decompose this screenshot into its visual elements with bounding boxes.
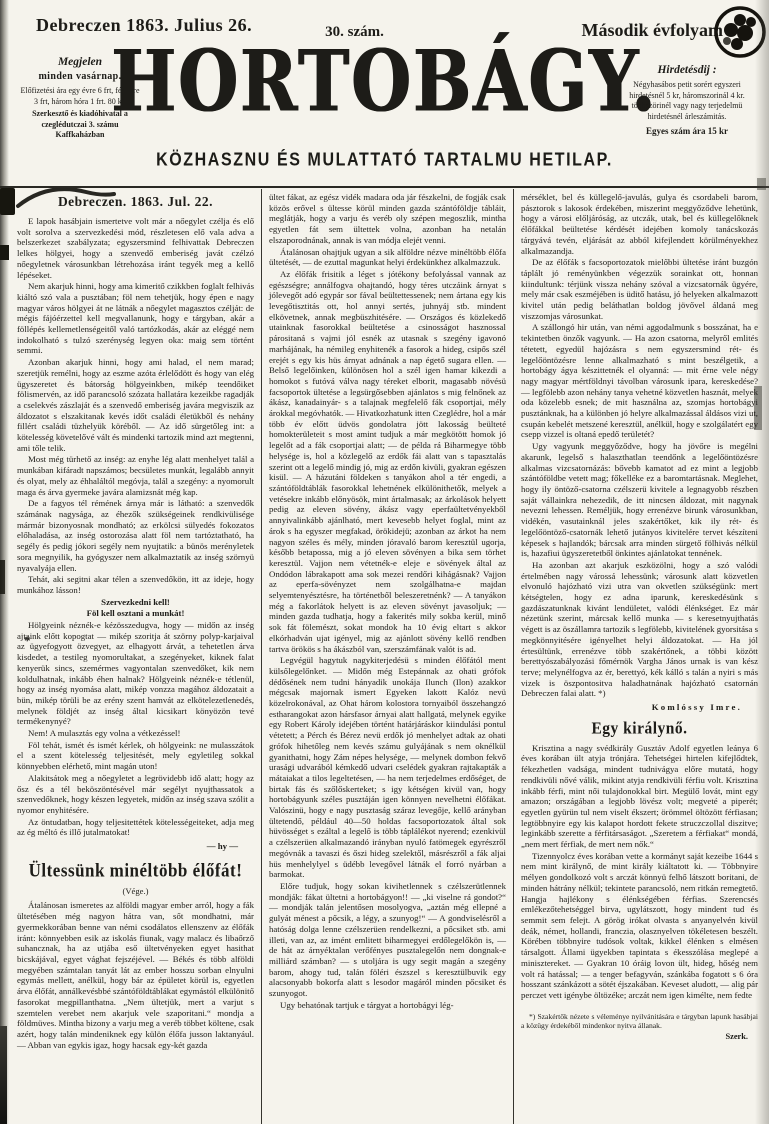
newspaper-subtitle: KÖZHASZNU ÉS MULATTATÓ TARTALMU HETILAP. <box>0 150 769 171</box>
paragraph: Krisztina a nagy svédkirály Gusztáv Adol… <box>521 743 758 850</box>
paragraph: Hölgyeink néznék-e kézösszedugva, hogy —… <box>17 620 254 727</box>
article-columns: Debreczen. 1863. Jul. 22. E lapok hasábj… <box>10 189 765 1124</box>
paragraph: Azonban akarjuk hinni, hogy ami halad, e… <box>17 357 254 453</box>
advertising-rates: Négyhasábos petit sorért egyszeri hirdet… <box>621 80 753 122</box>
newspaper-page: * Debreczen 1863. Julius 26. 30. szám. M… <box>0 0 769 1124</box>
scan-artifact <box>0 245 9 260</box>
paragraph: Ugy behatónak tartjuk e tárgyat a hortob… <box>269 1000 506 1011</box>
slogan-line: Föl kell osztani a munkát! <box>17 608 254 619</box>
article-title: Egy királynő. <box>521 719 758 739</box>
scan-artifact <box>0 1026 7 1124</box>
paragraph: Ugy vagyunk meggyőződve, hogy ha jövőre … <box>521 441 758 559</box>
paragraph: Tizennyolcz éves korában vette a kormány… <box>521 851 758 1001</box>
header-divider <box>0 186 769 188</box>
paragraph: Az öntudatban, hogy teljesitettétek köte… <box>17 817 254 838</box>
paragraph: Ha azonban azt akarjuk eszközölni, hogy … <box>521 560 758 699</box>
footnote-signature: Szerk. <box>521 1032 758 1041</box>
advertising-notice-title: Hirdetésdij : <box>621 64 753 76</box>
paragraph: Nem akarjuk hinni, hogy ama kimeritő czi… <box>17 281 254 356</box>
paragraph: Átalánosan ohajtjuk ugyan a sik alföldre… <box>269 247 506 268</box>
paragraph: De a fagyos tél rémének árnya már is lát… <box>17 498 254 573</box>
article-title: Ültessünk minéltöbb élőfát! <box>17 860 254 882</box>
paragraph: Átalánosan ismeretes az alföldi magyar e… <box>17 900 254 1050</box>
paragraph: Előre tudjuk, hogy sokan kivihetlennek s… <box>269 881 506 999</box>
footnote: *) Szakértők nézete s véleménye nyilváni… <box>521 1012 758 1042</box>
continuation-note: (Vége.) <box>17 886 254 897</box>
column-1: Debreczen. 1863. Jul. 22. E lapok hasábj… <box>10 189 261 1124</box>
paragraph: A szállongó hir után, van némi aggodalmu… <box>521 322 758 440</box>
paragraph: Föl tehát, ismét és ismét kérlek, oh höl… <box>17 740 254 772</box>
slogan-line: Szervezkedni kell! <box>17 597 254 608</box>
paragraph: Alakitsátok meg a nőegyletet a legrövide… <box>17 773 254 816</box>
article-dateline: Debreczen. 1863. Jul. 22. <box>17 194 254 210</box>
paragraph: mérséklet, bel és küllegelő-javulás, gul… <box>521 192 758 256</box>
scan-artifact <box>0 560 5 594</box>
paragraph: De az élőfák s facsoportozatok mielőbbi … <box>521 257 758 321</box>
advertising-notice: Hirdetésdij : Négyhasábos petit sorért e… <box>621 64 753 137</box>
author-signature: Komlóssy Imre. <box>521 702 758 713</box>
author-signature: — hy — <box>17 841 254 852</box>
paragraph: Legvégül hagytuk nagykiterjedésü s minde… <box>269 655 506 880</box>
single-copy-price: Egyes szám ára 15 kr <box>621 126 753 137</box>
paragraph: Az élőfák frisitik a léget s jótékony be… <box>269 269 506 654</box>
paragraph: Nem! A mulasztás egy volna a vétkezéssel… <box>17 728 254 739</box>
column-2: ültet fákat, az egész vidék madara oda j… <box>261 189 513 1124</box>
footnote-text: *) Szakértők nézete s véleménye nyilváni… <box>521 1012 758 1031</box>
column-3: mérséklet, bel és küllegelő-javulás, gul… <box>513 189 765 1124</box>
paragraph: E lapok hasábjain ismertetve volt már a … <box>17 216 254 280</box>
paragraph: Tehát, aki segitni akar télen a szenvedő… <box>17 574 254 595</box>
paragraph: ültet fákat, az egész vidék madara oda j… <box>269 192 506 246</box>
paragraph: Most még türhető az inség: az enyhe lég … <box>17 454 254 497</box>
